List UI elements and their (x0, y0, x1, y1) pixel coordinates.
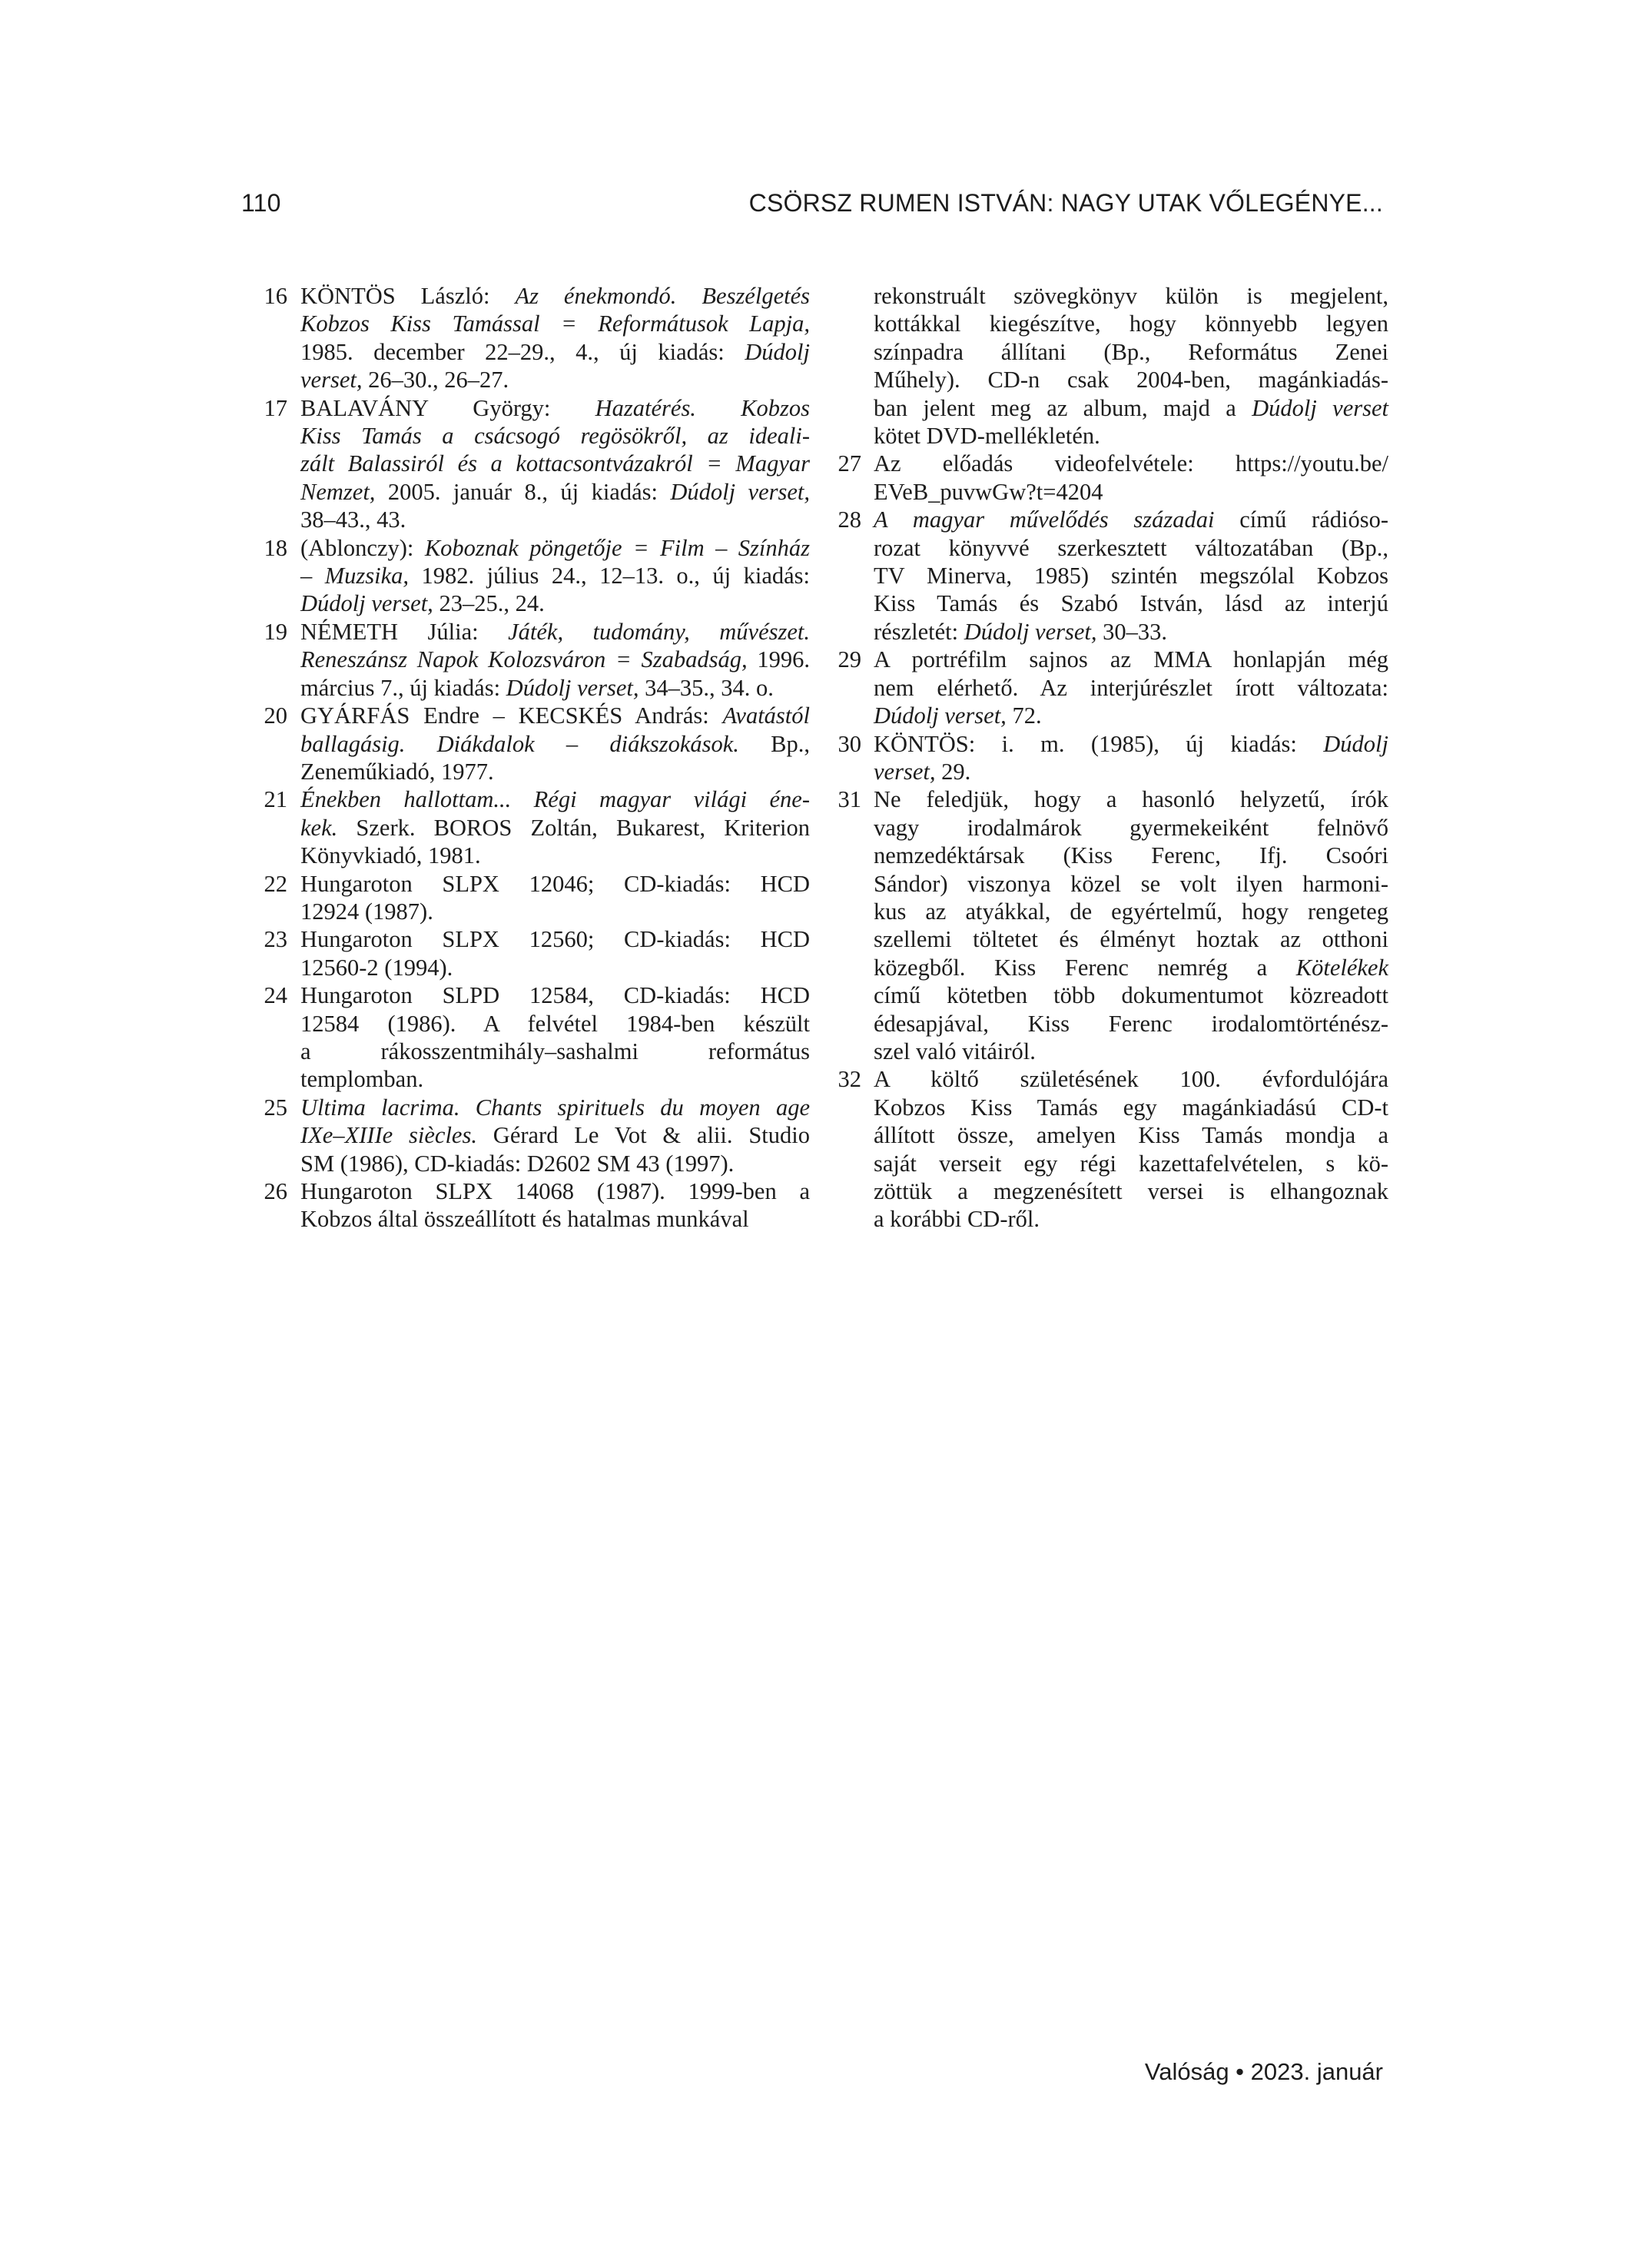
footnote-number: 26 (241, 1177, 287, 1205)
text-line: A portréfilm sajnos az MMA honlapján még (874, 646, 1388, 673)
footnote-text: rekonstruált szövegkönyv külön is megjel… (874, 282, 1388, 450)
text-line: állított össze, amelyen Kiss Tamás mondj… (874, 1121, 1388, 1149)
footnote-number: 18 (241, 534, 287, 562)
text-line: EVeB_puvwGw?t=4204 (874, 478, 1388, 506)
footnote-25: 25Ultima lacrima. Chants spirituels du m… (241, 1094, 810, 1177)
text-line: 1985. december 22–29., 4., új kiadás: Dú… (300, 338, 810, 366)
text-line: templomban. (300, 1065, 810, 1093)
page-footer: Valóság • 2023. január (1145, 2057, 1383, 2087)
footnote-text: Énekben hallottam... Régi magyar világi … (300, 785, 810, 869)
text-line: kus az atyákkal, de egyértelmű, hogy ren… (874, 898, 1388, 925)
footnote-text: A portréfilm sajnos az MMA honlapján még… (874, 646, 1388, 729)
footnote-text: GYÁRFÁS Endre – KECSKÉS András: Avatástó… (300, 702, 810, 785)
text-line: Kiss Tamás és Szabó István, lásd az inte… (874, 589, 1388, 617)
footnote-31: 31Ne feledjük, hogy a hasonló helyzetű, … (820, 785, 1388, 1065)
text-line: Műhely). CD-n csak 2004-ben, magánkiadás… (874, 366, 1388, 393)
text-line: SM (1986), CD-kiadás: D2602 SM 43 (1997)… (300, 1150, 810, 1177)
footnote-number: 16 (241, 282, 287, 310)
text-line: Kobzos által összeállított és hatalmas m… (300, 1205, 810, 1233)
footnote-number: 29 (820, 646, 861, 673)
footnote-text: BALAVÁNY György: Hazatérés. KobzosKiss T… (300, 394, 810, 534)
running-head: 110 CSÖRSZ RUMEN ISTVÁN: NAGY UTAK VŐLEG… (241, 188, 1383, 218)
footnote-text: A költő születésének 100. évfordulójáraK… (874, 1065, 1388, 1233)
text-line: Sándor) viszonya közel se volt ilyen har… (874, 870, 1388, 898)
text-line: Ultima lacrima. Chants spirituels du moy… (300, 1094, 810, 1121)
footnote-28: 28A magyar művelődés századai című rádió… (820, 506, 1388, 646)
footnote-text: A magyar művelődés századai című rádióso… (874, 506, 1388, 646)
text-line: rekonstruált szövegkönyv külön is megjel… (874, 282, 1388, 310)
text-line: március 7., új kiadás: Dúdolj verset, 34… (300, 674, 810, 702)
footnote-text: Ultima lacrima. Chants spirituels du moy… (300, 1094, 810, 1177)
text-line: kottákkal kiegészítve, hogy könnyebb leg… (874, 310, 1388, 337)
text-line: Dúdolj verset, 72. (874, 702, 1388, 729)
text-line: A magyar művelődés századai című rádióso… (874, 506, 1388, 533)
text-line: ballagásig. Diákdalok – diákszokások. Bp… (300, 730, 810, 758)
footnote-continuation: rekonstruált szövegkönyv külön is megjel… (820, 282, 1388, 450)
footnote-number: 23 (241, 925, 287, 953)
footnote-30: 30KÖNTÖS: i. m. (1985), új kiadás: Dúdol… (820, 730, 1388, 786)
text-line: vagy irodalmárok gyermekeiként felnövő (874, 814, 1388, 842)
text-line: édesapjával, Kiss Ferenc irodalomtörténé… (874, 1010, 1388, 1038)
footnote-number: 25 (241, 1094, 287, 1121)
text-line: GYÁRFÁS Endre – KECSKÉS András: Avatástó… (300, 702, 810, 729)
footnote-number: 17 (241, 394, 287, 422)
footnote-24: 24Hungaroton SLPD 12584, CD-kiadás: HCD1… (241, 981, 810, 1094)
footnote-number: 30 (820, 730, 861, 758)
footnote-text: NÉMETH Júlia: Játék, tudomány, művészet.… (300, 618, 810, 702)
footnote-20: 20GYÁRFÁS Endre – KECSKÉS András: Avatás… (241, 702, 810, 785)
text-line: KÖNTÖS László: Az énekmondó. Beszélgetés (300, 282, 810, 310)
text-line: Kiss Tamás a csácsogó regösökről, az ide… (300, 422, 810, 450)
text-line: 12560-2 (1994). (300, 954, 810, 981)
text-line: Kobzos Kiss Tamás egy magánkiadású CD-t (874, 1094, 1388, 1121)
footnote-26: 26Hungaroton SLPX 14068 (1987). 1999-ben… (241, 1177, 810, 1234)
text-line: a rákosszentmihály–sashalmi református (300, 1038, 810, 1065)
text-line: Hungaroton SLPX 14068 (1987). 1999-ben a (300, 1177, 810, 1205)
text-line: zöttük a megzenésített versei is elhango… (874, 1177, 1388, 1205)
text-line: saját verseit egy régi kazettafelvételen… (874, 1150, 1388, 1177)
text-line: Hungaroton SLPD 12584, CD-kiadás: HCD (300, 981, 810, 1009)
text-line: NÉMETH Júlia: Játék, tudomány, művészet. (300, 618, 810, 646)
text-line: A költő születésének 100. évfordulójára (874, 1065, 1388, 1093)
text-line: Hungaroton SLPX 12560; CD-kiadás: HCD (300, 925, 810, 953)
text-line: verset, 29. (874, 758, 1388, 785)
text-line: Nemzet, 2005. január 8., új kiadás: Dúdo… (300, 478, 810, 506)
footnote-27: 27Az előadás videofelvétele: https://you… (820, 450, 1388, 506)
text-line: című kötetben több dokumentumot közreado… (874, 981, 1388, 1009)
footnote-number: 20 (241, 702, 287, 729)
footnote-text: Hungaroton SLPX 14068 (1987). 1999-ben a… (300, 1177, 810, 1234)
text-line: ban jelent meg az album, majd a Dúdolj v… (874, 394, 1388, 422)
footnotes-column-left: 16KÖNTÖS László: Az énekmondó. Beszélget… (241, 282, 810, 1234)
footnotes-column-right: rekonstruált szövegkönyv külön is megjel… (820, 282, 1388, 1234)
footnote-number: 22 (241, 870, 287, 898)
text-line: Könyvkiadó, 1981. (300, 842, 810, 869)
footnote-19: 19NÉMETH Júlia: Játék, tudomány, művésze… (241, 618, 810, 702)
page-number: 110 (241, 188, 281, 218)
footnote-text: Az előadás videofelvétele: https://youtu… (874, 450, 1388, 506)
text-line: (Ablonczy): Koboznak pöngetője = Film – … (300, 534, 810, 562)
footnote-number: 28 (820, 506, 861, 533)
text-line: BALAVÁNY György: Hazatérés. Kobzos (300, 394, 810, 422)
text-line: 12924 (1987). (300, 898, 810, 925)
footnote-text: Ne feledjük, hogy a hasonló helyzetű, ír… (874, 785, 1388, 1065)
text-line: 12584 (1986). A felvétel 1984-ben készül… (300, 1010, 810, 1038)
text-line: színpadra állítani (Bp., Református Zene… (874, 338, 1388, 366)
text-line: kek. Szerk. BOROS Zoltán, Bukarest, Krit… (300, 814, 810, 842)
footnote-text: Hungaroton SLPX 12046; CD-kiadás: HCD129… (300, 870, 810, 926)
text-line: Hungaroton SLPX 12046; CD-kiadás: HCD (300, 870, 810, 898)
footnote-32: 32A költő születésének 100. évfordulójár… (820, 1065, 1388, 1233)
text-line: a korábbi CD-ről. (874, 1205, 1388, 1233)
text-line: 38–43., 43. (300, 506, 810, 533)
text-line: Dúdolj verset, 23–25., 24. (300, 589, 810, 617)
footnote-number: 19 (241, 618, 287, 646)
text-line: kötet DVD-mellékletén. (874, 422, 1388, 450)
text-line: KÖNTÖS: i. m. (1985), új kiadás: Dúdolj (874, 730, 1388, 758)
running-title: CSÖRSZ RUMEN ISTVÁN: NAGY UTAK VŐLEGÉNYE… (749, 188, 1383, 218)
footnote-18: 18(Ablonczy): Koboznak pöngetője = Film … (241, 534, 810, 618)
text-line: Énekben hallottam... Régi magyar világi … (300, 785, 810, 813)
text-line: TV Minerva, 1985) szintén megszólal Kobz… (874, 562, 1388, 589)
text-line: rozat könyvvé szerkesztett változatában … (874, 534, 1388, 562)
footnote-text: Hungaroton SLPD 12584, CD-kiadás: HCD125… (300, 981, 810, 1094)
footnote-21: 21Énekben hallottam... Régi magyar világ… (241, 785, 810, 869)
text-line: Ne feledjük, hogy a hasonló helyzetű, ír… (874, 785, 1388, 813)
footnote-text: (Ablonczy): Koboznak pöngetője = Film – … (300, 534, 810, 618)
text-line: szel való vitáiról. (874, 1038, 1388, 1065)
text-line: verset, 26–30., 26–27. (300, 366, 810, 393)
text-line: Kobzos Kiss Tamással = Reformátusok Lapj… (300, 310, 810, 337)
footnote-23: 23Hungaroton SLPX 12560; CD-kiadás: HCD1… (241, 925, 810, 981)
footnote-number: 27 (820, 450, 861, 477)
text-line: nemzedéktársak (Kiss Ferenc, Ifj. Csoóri (874, 842, 1388, 869)
text-line: Reneszánsz Napok Kolozsváron = Szabadság… (300, 646, 810, 673)
text-line: – Muzsika, 1982. július 24., 12–13. o., … (300, 562, 810, 589)
footnote-number: 32 (820, 1065, 861, 1093)
footnote-text: KÖNTÖS László: Az énekmondó. Beszélgetés… (300, 282, 810, 394)
text-line: Zeneműkiadó, 1977. (300, 758, 810, 785)
text-line: nem elérhető. Az interjúrészlet írott vá… (874, 674, 1388, 702)
text-line: szellemi töltetet és élményt hoztak az o… (874, 925, 1388, 953)
footnote-number: 31 (820, 785, 861, 813)
footnote-text: Hungaroton SLPX 12560; CD-kiadás: HCD125… (300, 925, 810, 981)
text-line: IXe–XIIIe siècles. Gérard Le Vot & alii.… (300, 1121, 810, 1149)
footnote-text: KÖNTÖS: i. m. (1985), új kiadás: Dúdoljv… (874, 730, 1388, 786)
footnote-16: 16KÖNTÖS László: Az énekmondó. Beszélget… (241, 282, 810, 394)
text-line: Az előadás videofelvétele: https://youtu… (874, 450, 1388, 477)
footnote-29: 29A portréfilm sajnos az MMA honlapján m… (820, 646, 1388, 729)
footnote-17: 17BALAVÁNY György: Hazatérés. KobzosKiss… (241, 394, 810, 534)
footnote-number: 21 (241, 785, 287, 813)
text-line: zált Balassiról és a kottacsontvázakról … (300, 450, 810, 477)
footnote-number: 24 (241, 981, 287, 1009)
text-line: közegből. Kiss Ferenc nemrég a Kötelékek (874, 954, 1388, 981)
footnote-22: 22Hungaroton SLPX 12046; CD-kiadás: HCD1… (241, 870, 810, 926)
text-line: részletét: Dúdolj verset, 30–33. (874, 618, 1388, 646)
